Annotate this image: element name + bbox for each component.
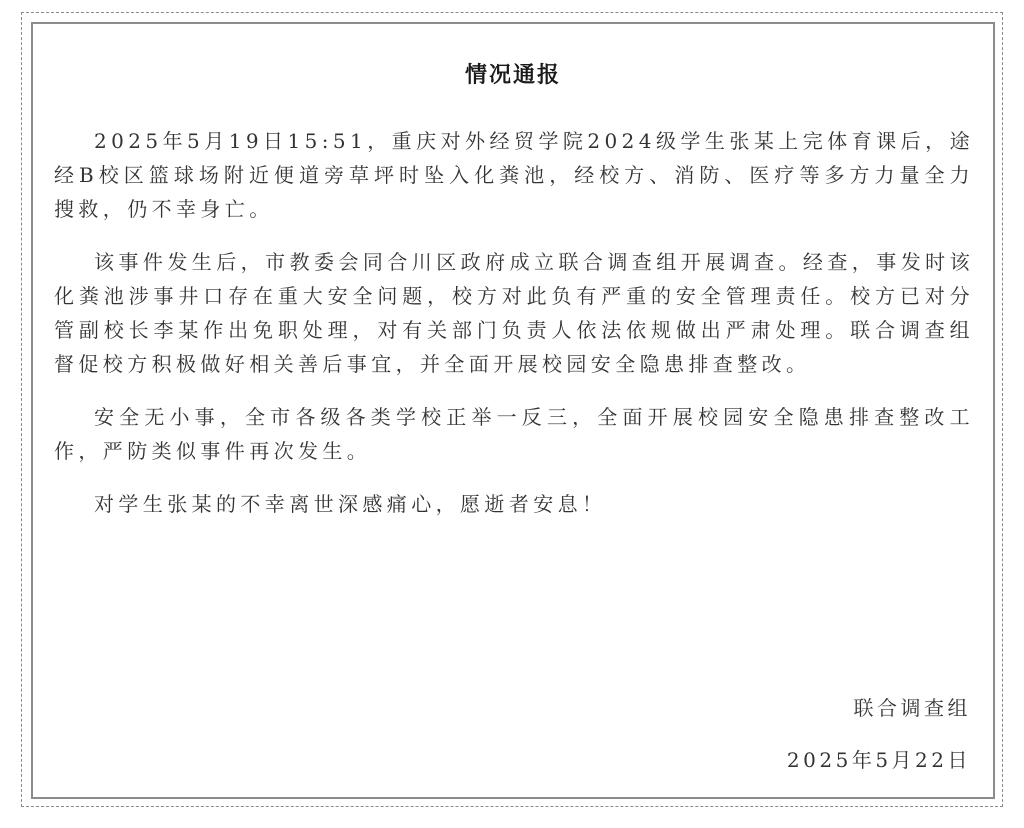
issuer-name: 联合调查组: [787, 691, 971, 725]
paragraph-investigation: 该事件发生后，市教委会同合川区政府成立联合调查组开展调查。经查，事发时该化粪池涉…: [54, 245, 974, 381]
notice-document: 情况通报 2025年5月19日15:51，重庆对外经贸学院2024级学生张某上完…: [31, 22, 995, 799]
paragraph-safety: 安全无小事，全市各级各类学校正举一反三，全面开展校园安全隐患排查整改工作，严防类…: [54, 400, 974, 468]
notice-body: 2025年5月19日15:51，重庆对外经贸学院2024级学生张某上完体育课后，…: [54, 124, 974, 540]
issue-date: 2025年5月22日: [787, 743, 971, 777]
notice-title: 情况通报: [33, 58, 993, 89]
signature-block: 联合调查组 2025年5月22日: [787, 691, 971, 795]
paragraph-condolence: 对学生张某的不幸离世深感痛心，愿逝者安息！: [54, 487, 974, 521]
paragraph-incident: 2025年5月19日15:51，重庆对外经贸学院2024级学生张某上完体育课后，…: [54, 124, 974, 226]
